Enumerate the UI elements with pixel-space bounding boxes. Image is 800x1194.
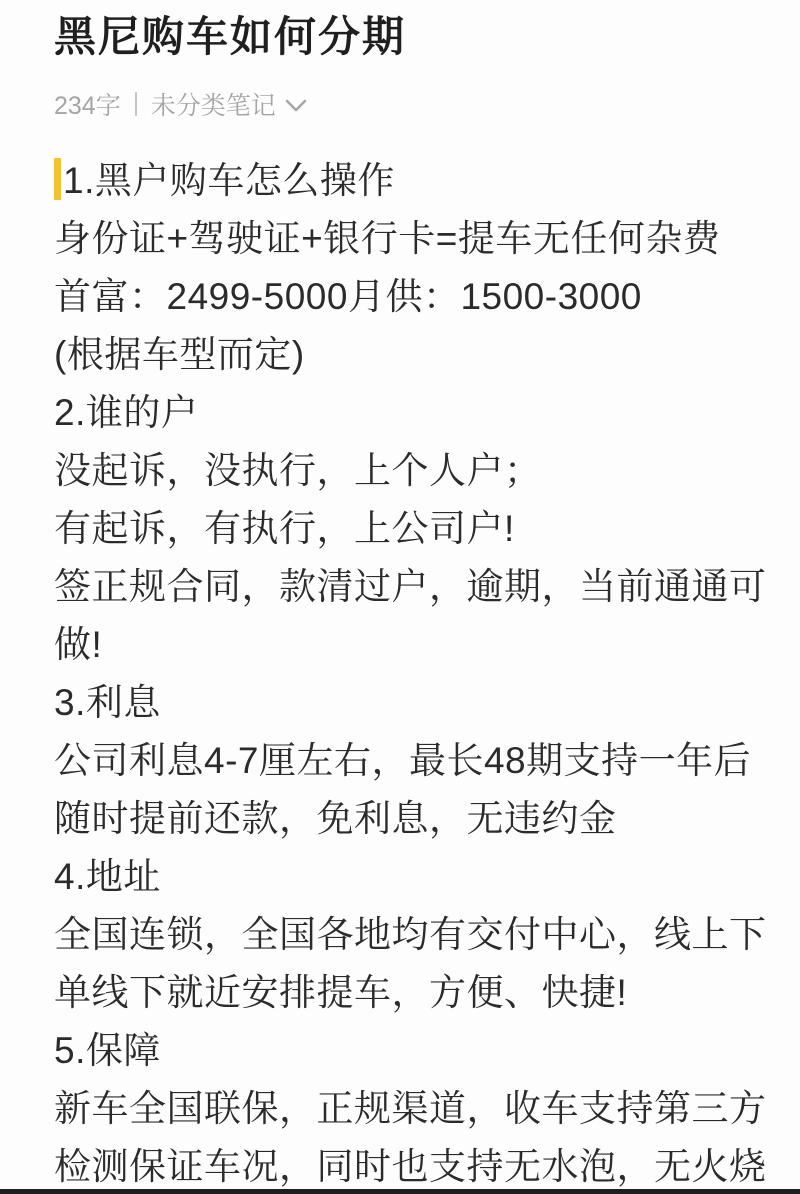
note-line[interactable]: 全国连锁，全国各地均有交付中心，线上下 <box>54 906 746 964</box>
meta-divider <box>135 92 137 116</box>
note-title[interactable]: 黑尼购车如何分期 <box>54 0 746 62</box>
note-line[interactable]: 随时提前还款，免利息，无违约金 <box>54 790 746 848</box>
note-line[interactable]: 身份证+驾驶证+银行卡=提车无任何杂费 <box>54 210 746 268</box>
text-cursor <box>54 158 61 200</box>
note-line[interactable]: 新车全国联保，正规渠道，收车支持第三方 <box>54 1080 746 1138</box>
note-line[interactable]: 首富：2499-5000月供：1500-3000 <box>54 268 746 326</box>
note-line[interactable]: (根据车型而定) <box>54 326 746 384</box>
note-line[interactable]: 有起诉，有执行，上公司户! <box>54 500 746 558</box>
word-count-label: 234字 <box>54 86 121 122</box>
note-page: 黑尼购车如何分期 234字 未分类笔记 1.黑户购车怎么操作身份证+驾驶证+银行… <box>0 0 800 1194</box>
note-meta-row: 234字 未分类笔记 <box>54 86 746 122</box>
note-line[interactable]: 1.黑户购车怎么操作 <box>54 152 746 210</box>
note-body[interactable]: 1.黑户购车怎么操作身份证+驾驶证+银行卡=提车无任何杂费首富：2499-500… <box>54 152 746 1194</box>
note-line[interactable]: 检测保证车况，同时也支持无水泡，无火烧 <box>54 1138 746 1194</box>
chevron-down-icon <box>285 99 307 113</box>
note-line[interactable]: 签正规合同，款清过户，逾期，当前通通可 <box>54 558 746 616</box>
note-line[interactable]: 4.地址 <box>54 848 746 906</box>
bottom-edge-bar <box>0 1189 800 1194</box>
note-line[interactable]: 公司利息4-7厘左右，最长48期支持一年后 <box>54 732 746 790</box>
note-line[interactable]: 3.利息 <box>54 674 746 732</box>
note-line[interactable]: 没起诉，没执行，上个人户； <box>54 442 746 500</box>
note-line[interactable]: 5.保障 <box>54 1022 746 1080</box>
category-selector[interactable]: 未分类笔记 <box>151 86 307 122</box>
note-line[interactable]: 2.谁的户 <box>54 384 746 442</box>
category-label: 未分类笔记 <box>151 86 276 122</box>
note-line[interactable]: 做! <box>54 616 746 674</box>
note-line[interactable]: 单线下就近安排提车，方便、快捷! <box>54 964 746 1022</box>
